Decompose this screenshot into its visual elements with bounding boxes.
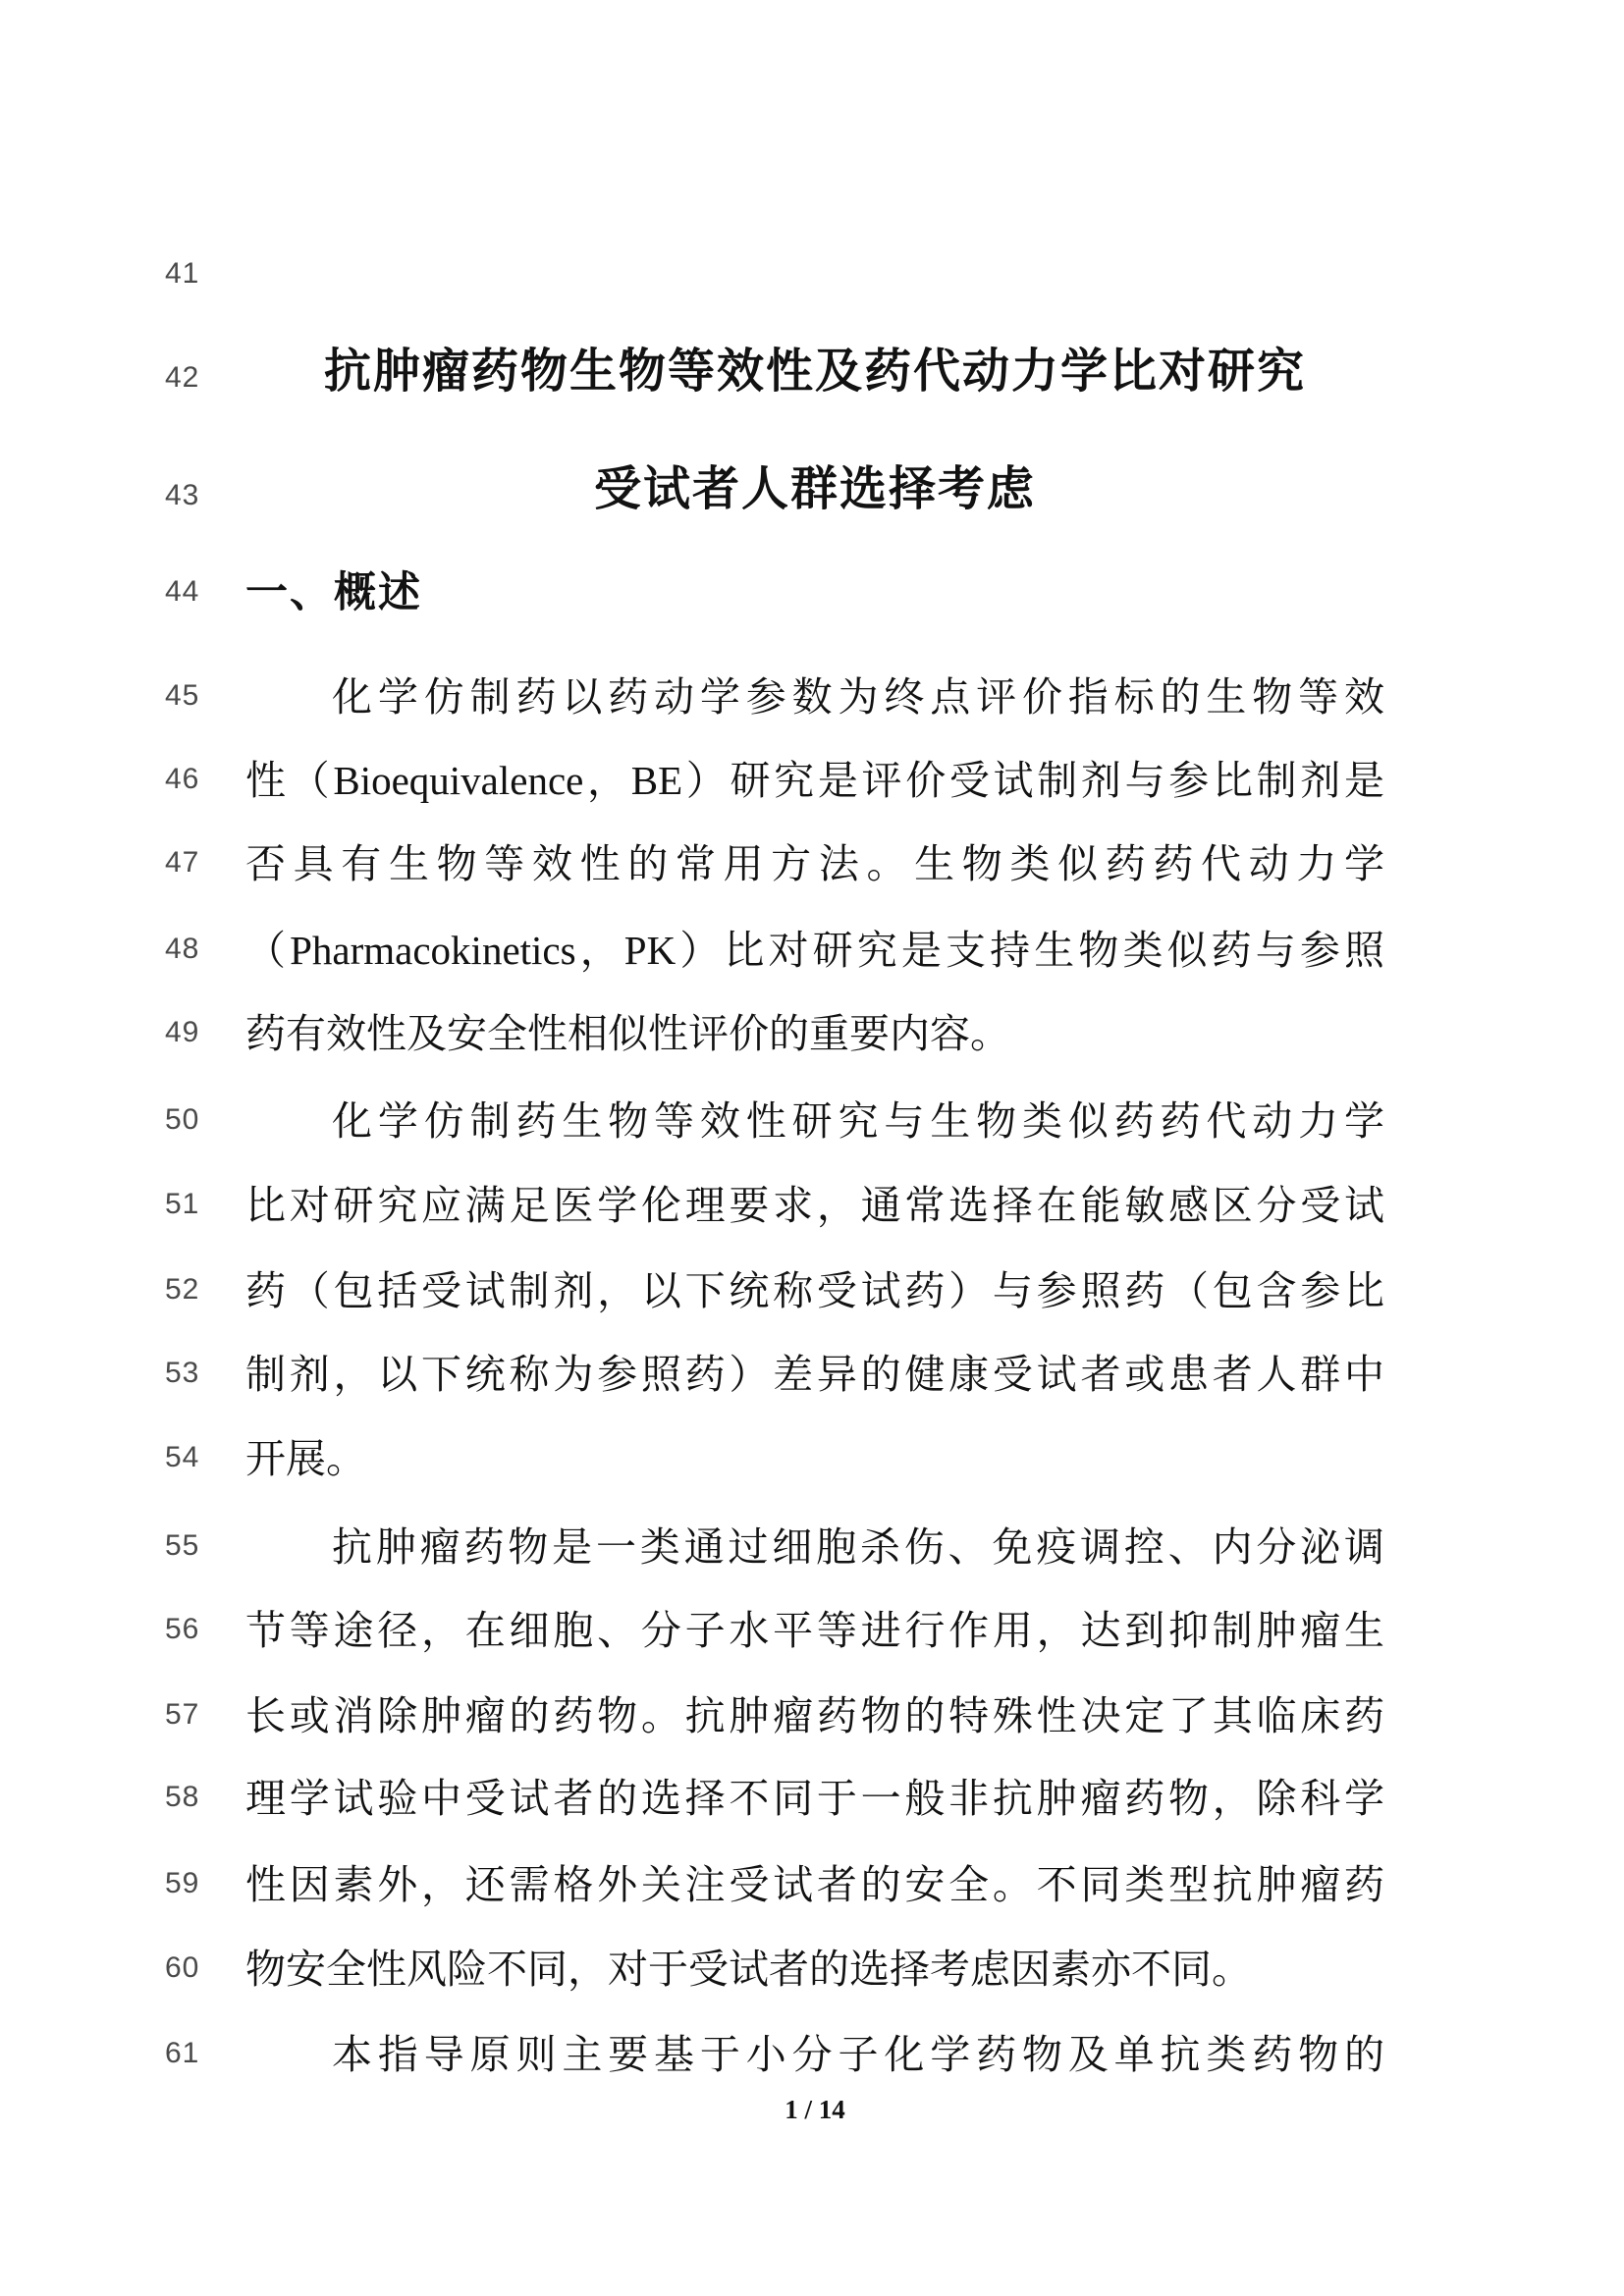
line-row: 56 节等途径，在细胞、分子水平等进行作用，达到抑制肿瘤生 <box>0 1603 1624 1658</box>
line-number: 57 <box>165 1700 199 1730</box>
line-number: 44 <box>165 577 199 607</box>
line-row: 43 受试者人群选择考虑 <box>0 459 1624 520</box>
line-row: 42 抗肿瘤药物生物等效性及药代动力学比对研究 <box>0 342 1624 402</box>
document-page: 41 42 抗肿瘤药物生物等效性及药代动力学比对研究 43 受试者人群选择考虑 … <box>0 0 1624 2296</box>
line-text: 性（Bioequivalence，BE）研究是评价受试制剂与参比制剂是 <box>245 753 1384 808</box>
line-text: 否具有生物等效性的常用方法。生物类似药药代动力学 <box>245 836 1384 891</box>
document-title-line1: 抗肿瘤药物生物等效性及药代动力学比对研究 <box>245 342 1384 402</box>
line-number: 58 <box>165 1783 199 1812</box>
line-row: 60 物安全性风险不同，对于受试者的选择考虑因素亦不同。 <box>0 1942 1624 1997</box>
line-text: 药有效性及安全性相似性评价的重要内容。 <box>245 1006 1384 1061</box>
line-number: 59 <box>165 1869 199 1898</box>
line-row: 50 化学仿制药生物等效性研究与生物类似药药代动力学 <box>0 1094 1624 1148</box>
line-row: 45 化学仿制药以药动学参数为终点评价指标的生物等效 <box>0 669 1624 724</box>
line-text: （Pharmacokinetics，PK）比对研究是支持生物类似药与参照 <box>245 923 1384 978</box>
line-text: 开展。 <box>245 1431 1384 1486</box>
line-text: 化学仿制药以药动学参数为终点评价指标的生物等效 <box>245 669 1384 724</box>
line-text: 节等途径，在细胞、分子水平等进行作用，达到抑制肿瘤生 <box>245 1603 1384 1658</box>
section-heading: 一、概述 <box>245 565 1384 620</box>
line-number: 52 <box>165 1275 199 1305</box>
line-text: 本指导原则主要基于小分子化学药物及单抗类药物的 <box>245 2027 1384 2082</box>
line-number: 49 <box>165 1018 199 1047</box>
line-number: 56 <box>165 1615 199 1644</box>
line-row: 48 （Pharmacokinetics，PK）比对研究是支持生物类似药与参照 <box>0 923 1624 978</box>
line-text: 性因素外，还需格外关注受试者的安全。不同类型抗肿瘤药 <box>245 1857 1384 1912</box>
line-row: 52 药（包括受试制剂，以下统称受试药）与参照药（包含参比 <box>0 1263 1624 1318</box>
line-row: 61 本指导原则主要基于小分子化学药物及单抗类药物的 <box>0 2027 1624 2082</box>
line-number: 54 <box>165 1443 199 1472</box>
line-number: 51 <box>165 1190 199 1219</box>
line-text: 制剂，以下统称为参照药）差异的健康受试者或患者人群中 <box>245 1347 1384 1402</box>
line-row: 53 制剂，以下统称为参照药）差异的健康受试者或患者人群中 <box>0 1347 1624 1402</box>
line-text: 长或消除肿瘤的药物。抗肿瘤药物的特殊性决定了其临床药 <box>245 1688 1384 1743</box>
line-row: 46 性（Bioequivalence，BE）研究是评价受试制剂与参比制剂是 <box>0 753 1624 808</box>
line-row: 58 理学试验中受试者的选择不同于一般非抗肿瘤药物，除科学 <box>0 1771 1624 1826</box>
line-row: 44 一、概述 <box>0 565 1624 620</box>
line-number: 61 <box>165 2039 199 2068</box>
line-text: 物安全性风险不同，对于受试者的选择考虑因素亦不同。 <box>245 1942 1384 1997</box>
line-number: 46 <box>165 765 199 794</box>
footer-page-number: 1 / 14 <box>245 2095 1384 2125</box>
line-text: 比对研究应满足医学伦理要求，通常选择在能敏感区分受试 <box>245 1178 1384 1233</box>
line-text: 理学试验中受试者的选择不同于一般非抗肿瘤药物，除科学 <box>245 1771 1384 1826</box>
line-row: 49 药有效性及安全性相似性评价的重要内容。 <box>0 1006 1624 1061</box>
line-number: 45 <box>165 681 199 711</box>
line-number: 48 <box>165 934 199 964</box>
line-number: 41 <box>165 259 199 289</box>
line-row: 59 性因素外，还需格外关注受试者的安全。不同类型抗肿瘤药 <box>0 1857 1624 1912</box>
line-number: 47 <box>165 848 199 878</box>
line-number: 53 <box>165 1359 199 1388</box>
line-number: 55 <box>165 1531 199 1561</box>
line-number: 43 <box>165 481 199 510</box>
line-row: 47 否具有生物等效性的常用方法。生物类似药药代动力学 <box>0 836 1624 891</box>
line-row: 51 比对研究应满足医学伦理要求，通常选择在能敏感区分受试 <box>0 1178 1624 1233</box>
line-number: 42 <box>165 363 199 393</box>
document-title-line2: 受试者人群选择考虑 <box>245 459 1384 520</box>
line-row: 54 开展。 <box>0 1431 1624 1486</box>
line-row: 55 抗肿瘤药物是一类通过细胞杀伤、免疫调控、内分泌调 <box>0 1520 1624 1575</box>
line-text: 药（包括受试制剂，以下统称受试药）与参照药（包含参比 <box>245 1263 1384 1318</box>
line-row: 57 长或消除肿瘤的药物。抗肿瘤药物的特殊性决定了其临床药 <box>0 1688 1624 1743</box>
line-text: 抗肿瘤药物是一类通过细胞杀伤、免疫调控、内分泌调 <box>245 1520 1384 1575</box>
line-text: 化学仿制药生物等效性研究与生物类似药药代动力学 <box>245 1094 1384 1148</box>
line-number: 50 <box>165 1105 199 1135</box>
line-number: 60 <box>165 1953 199 1983</box>
